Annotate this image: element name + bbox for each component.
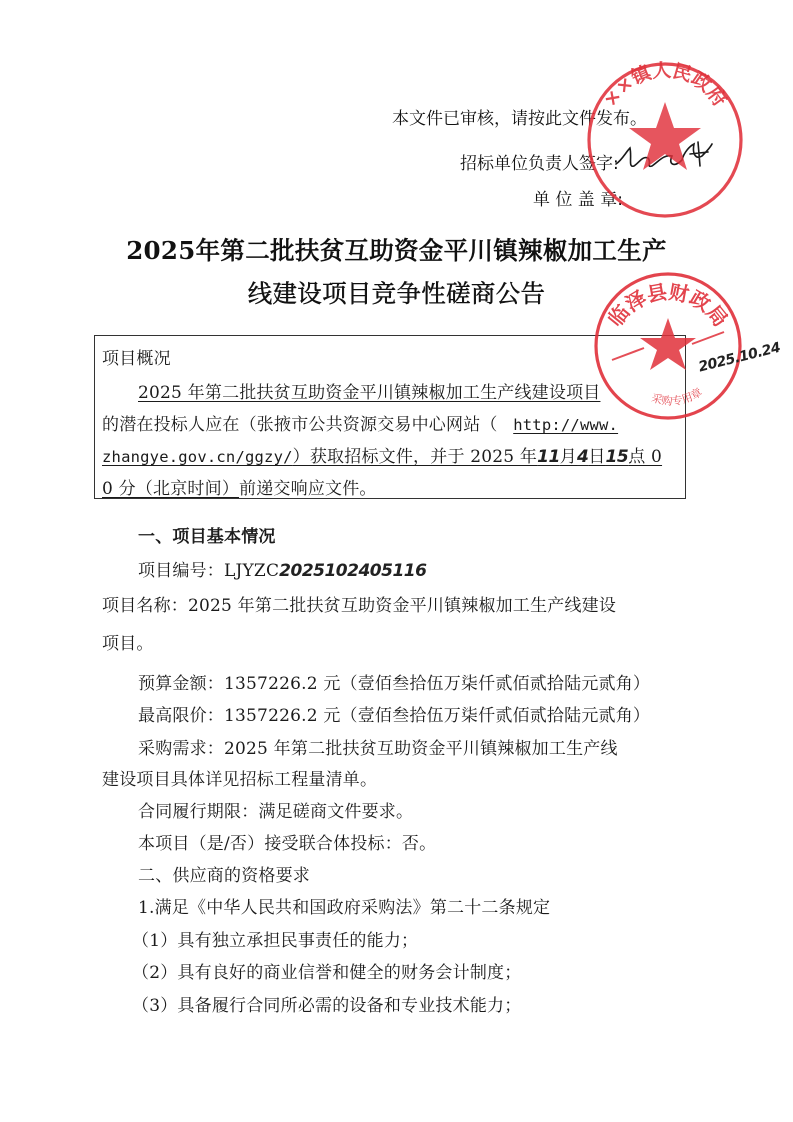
document-title-line1: 2025年第二批扶贫互助资金平川镇辣椒加工生产	[0, 232, 793, 267]
project-number: 项目编号：LJYZC2025102405116	[138, 556, 426, 581]
handwritten-hour: 15	[606, 447, 629, 467]
max-price: 最高限价：1357226.2 元（壹佰叁拾伍万柒仟贰佰贰拾陆元贰角）	[138, 701, 650, 726]
requirement-sub-item: （2）具有良好的商业信誉和健全的财务会计制度；	[132, 958, 521, 983]
document-title-line2: 线建设项目竞争性磋商公告	[0, 275, 793, 310]
handwritten-signature	[612, 138, 722, 178]
approval-statement: 本文件已审核，请按此文件发布。	[392, 104, 647, 129]
overview-line: 的潜在投标人应在（张掖市公共资源交易中心网站（ http://www.	[102, 410, 618, 435]
requirement-item-1: 1.满足《中华人民共和国政府采购法》第二十二条规定	[138, 893, 550, 918]
handwritten-seal-date: 2025.10.24	[697, 340, 782, 376]
overview-text: 日	[588, 447, 605, 467]
overview-text: 月	[560, 447, 577, 467]
overview-text: 的潜在投标人应在（张掖市公共资源交易中心网站（	[102, 415, 498, 435]
overview-project-name: 2025 年第二批扶贫互助资金平川镇辣椒加工生产线建设项目	[138, 383, 600, 403]
project-name-line2: 项目。	[102, 629, 154, 654]
handwritten-month: 11	[537, 447, 560, 467]
section1-heading: 一、项目基本情况	[138, 522, 276, 547]
procurement-demand-line2: 建设项目具体详见招标工程量清单。	[102, 765, 377, 790]
overview-text: 点 0	[628, 447, 662, 467]
requirement-sub-item: （1）具有独立承担民事责任的能力；	[132, 926, 418, 951]
signature-label: 招标单位负责人签字:	[460, 149, 619, 174]
tender-site-link-continued[interactable]: zhangye.gov.cn/ggzy/	[102, 448, 293, 466]
overview-heading: 项目概况	[102, 344, 171, 369]
section2-heading: 二、供应商的资格要求	[138, 861, 310, 886]
handwritten-project-number: 2025102405116	[279, 561, 426, 581]
overview-line: 2025 年第二批扶贫互助资金平川镇辣椒加工生产线建设项目	[138, 378, 600, 403]
contract-period: 合同履行期限：满足磋商文件要求。	[138, 797, 413, 822]
deadline-time: 0 分（北京时间）	[102, 479, 239, 499]
requirement-sub-item: （3）具备履行合同所必需的设备和专业技术能力；	[132, 991, 521, 1016]
tender-site-link[interactable]: http://www.	[513, 416, 618, 434]
budget-amount: 预算金额：1357226.2 元（壹佰叁拾伍万柒仟贰佰贰拾陆元贰角）	[138, 669, 650, 694]
overview-line: 0 分（北京时间）前递交响应文件。	[102, 474, 377, 499]
overview-text: ）获取招标文件，并于 2025 年	[293, 447, 537, 467]
consortium-bidding: 本项目（是/否）接受联合体投标：否。	[138, 829, 436, 854]
overview-text: 前递交响应文件。	[239, 479, 377, 499]
procurement-demand-line1: 采购需求：2025 年第二批扶贫互助资金平川镇辣椒加工生产线	[138, 734, 618, 759]
project-number-label: 项目编号：LJYZC	[138, 561, 279, 581]
overview-line: zhangye.gov.cn/ggzy/）获取招标文件，并于 2025 年11月…	[102, 442, 662, 467]
seal-label: 单 位 盖 章:	[533, 185, 623, 210]
project-name-line1: 项目名称：2025 年第二批扶贫互助资金平川镇辣椒加工生产线建设	[102, 591, 616, 616]
handwritten-day: 4	[577, 447, 588, 467]
